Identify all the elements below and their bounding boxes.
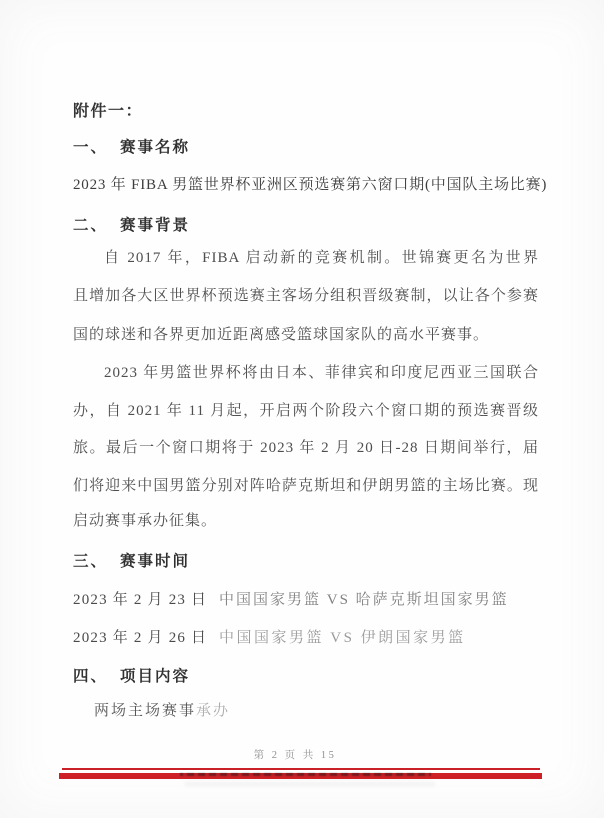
section-4-number: 四、 [73,664,120,686]
paragraph-1-line-1: 自 2017 年，FIBA 启动新的竞赛机制。世锦赛更名为世界杯，并 [73,246,539,266]
paragraph-1-line-3: 国的球迷和各界更加近距离感受篮球国家队的高水平赛事。 [73,323,539,343]
match-row-1: 2023 年 2 月 23 日中国国家男篮 VS 哈萨克斯坦国家男篮 [73,588,539,609]
section-3-title: 赛事时间 [120,553,190,570]
paragraph-2-line-4: 们将迎来中国男篮分别对阵哈萨克斯坦和伊朗男篮的主场比赛。现 [73,474,539,494]
section-2-heading: 二、赛事背景 [73,213,539,235]
paragraph-2-line-1: 2023 年男篮世界杯将由日本、菲律宾和印度尼西亚三国联合主 [73,361,539,381]
scanned-document-page: 附件一： 一、赛事名称 2023 年 FIBA 男篮世界杯亚洲区预选赛第六窗口期… [0,0,604,818]
section-4-heading: 四、项目内容 [73,664,539,686]
section-4-content: 两场主场赛事承办 [94,699,560,720]
paragraph-1-line-2: 且增加各大区世界杯预选赛主客场分组积晋级赛制，以让各个参赛 [73,284,539,304]
footer-rule-thick [59,773,542,779]
section-2-title: 赛事背景 [120,217,190,234]
match-1-teams: 中国国家男篮 VS 哈萨克斯坦国家男篮 [219,592,509,608]
match-1-date: 2023 年 2 月 23 日 [73,588,219,609]
section-1-title: 赛事名称 [120,139,190,156]
event-name-line: 2023 年 FIBA 男篮世界杯亚洲区预选赛第六窗口期(中国队主场比赛) [73,173,539,194]
match-2-date: 2023 年 2 月 26 日 [73,626,219,647]
section-2-number: 二、 [73,213,120,235]
match-row-2: 2023 年 2 月 26 日中国国家男篮 VS 伊朗国家男篮 [73,626,539,647]
paragraph-2-line-2: 办，自 2021 年 11 月起，开启两个阶段六个窗口期的预选赛晋级之 [73,399,539,419]
section-1-heading: 一、赛事名称 [73,135,539,157]
footer-rule-ink-smudge [180,773,431,776]
section-3-number: 三、 [73,549,120,571]
scan-bleedthrough-smudge [185,782,435,786]
section-4-content-faded: 承办 [196,703,230,719]
footer-page-number: 第 2 页 共 15 [60,747,530,762]
paragraph-2-line-5: 启动赛事承办征集。 [73,509,539,529]
footer-rule-thin [62,768,540,770]
section-4-content-main: 两场主场赛事 [94,703,196,719]
match-2-teams: 中国国家男篮 VS 伊朗国家男篮 [219,630,466,646]
section-1-number: 一、 [73,135,120,157]
attachment-label: 附件一： [73,98,539,121]
section-4-title: 项目内容 [120,668,190,685]
section-3-heading: 三、赛事时间 [73,549,539,571]
paragraph-2-line-3: 旅。最后一个窗口期将于 2023 年 2 月 20 日-28 日期间举行，届时我 [73,436,539,456]
